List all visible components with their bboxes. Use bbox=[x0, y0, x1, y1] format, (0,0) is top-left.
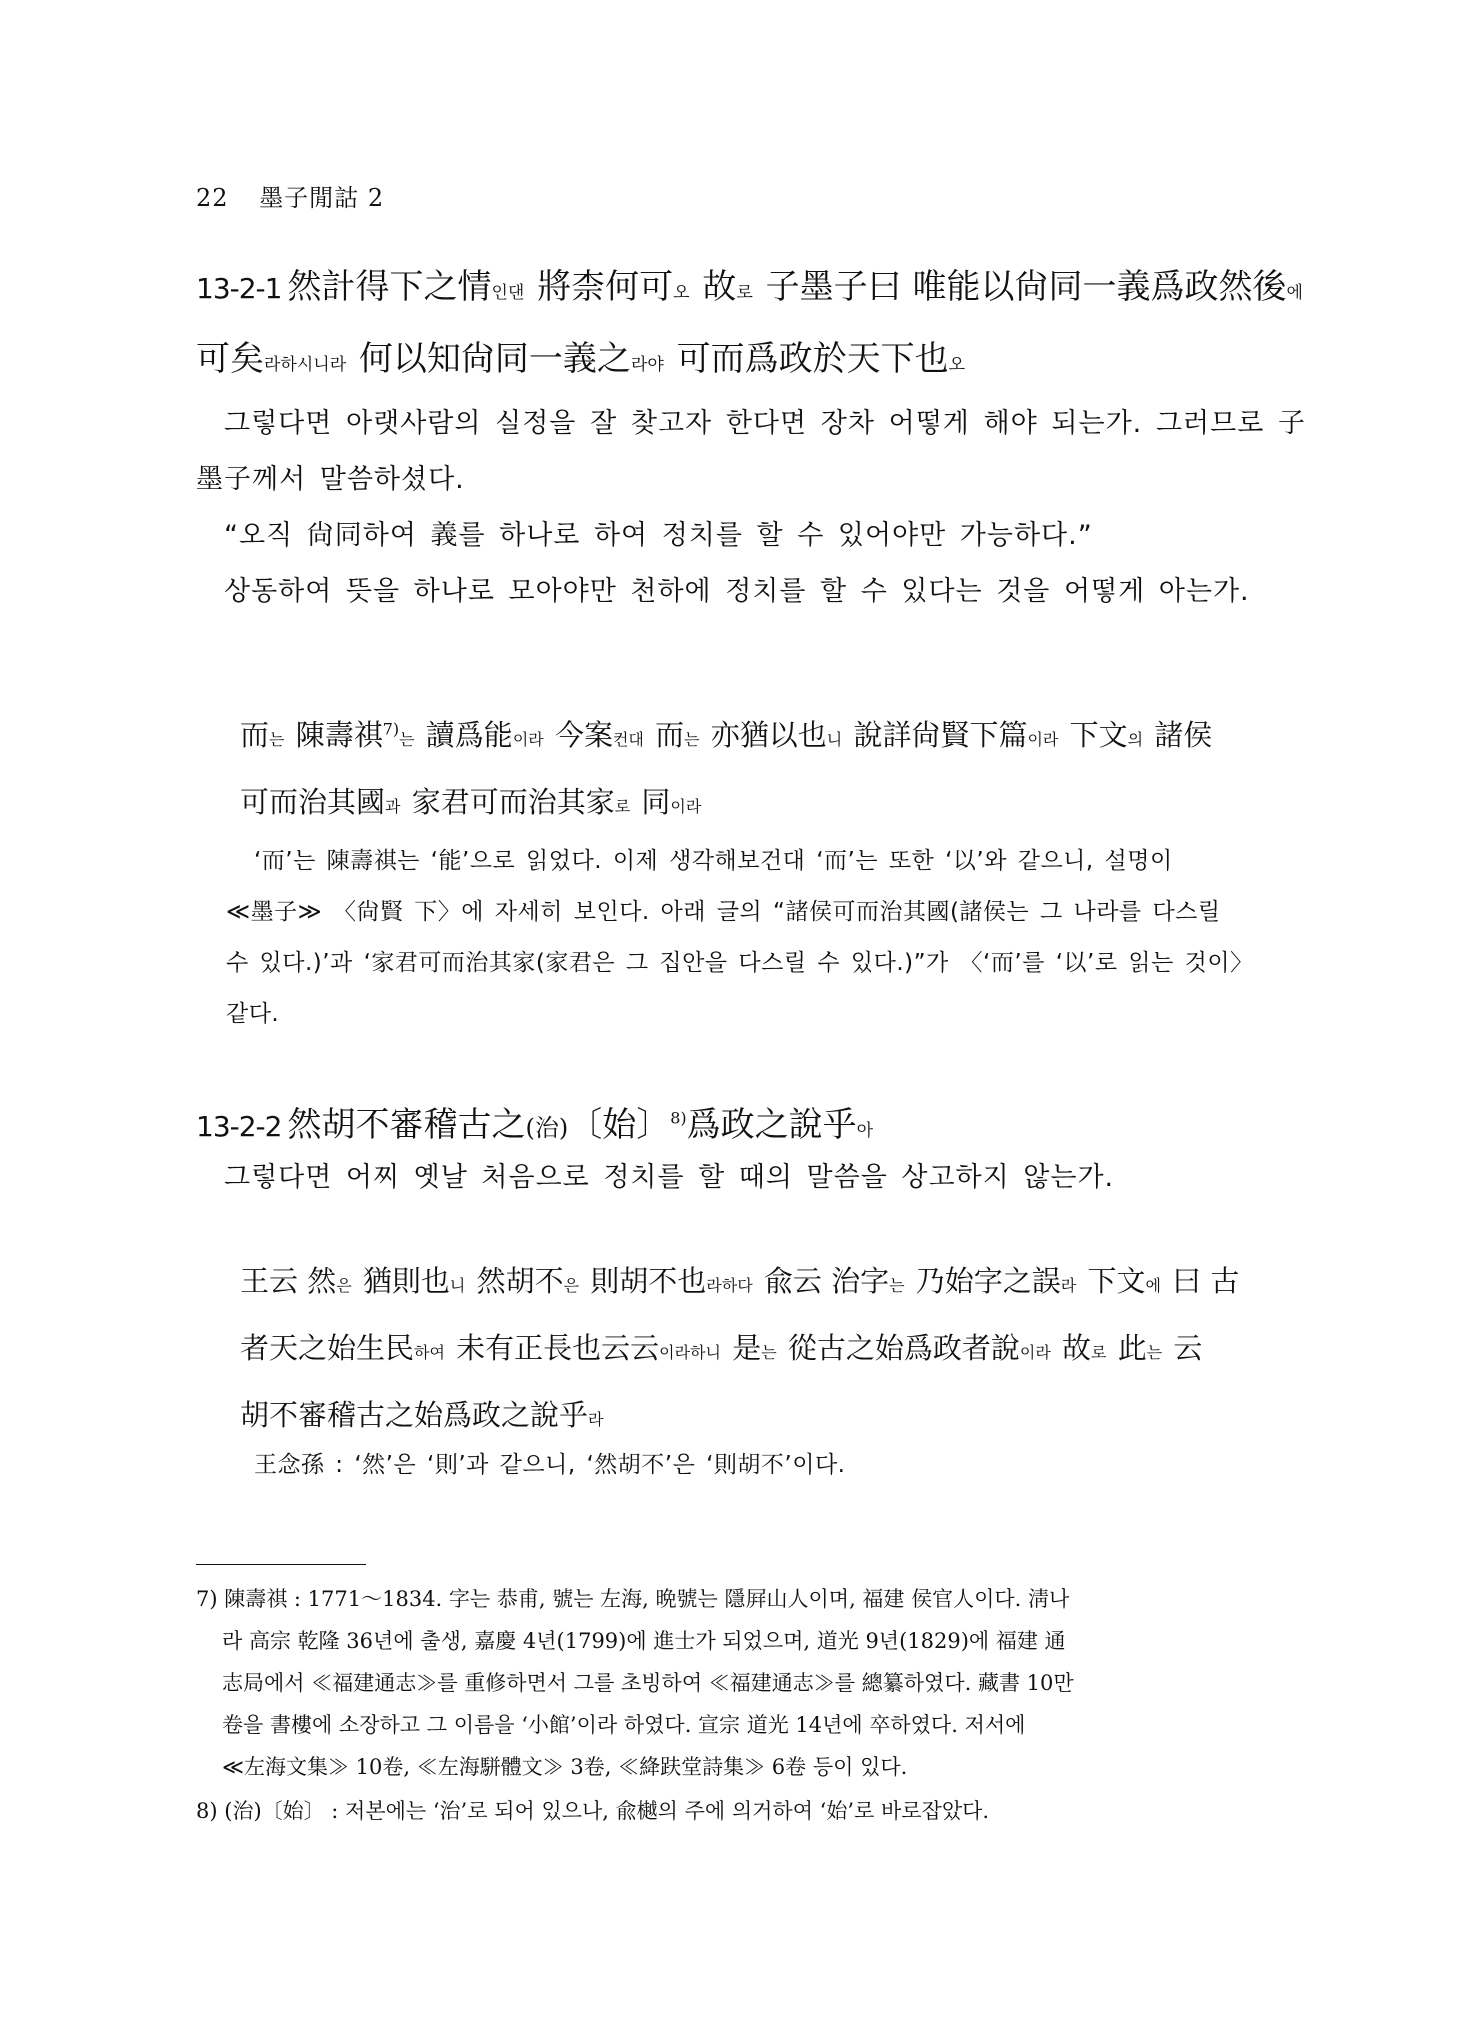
hanja-text: 可而爲政於天下也 bbox=[666, 339, 949, 379]
particle-text: 의 bbox=[1128, 730, 1143, 749]
commentary-translation-line: ≪墨子≫ 〈尙賢 下〉에 자세히 보인다. 아래 글의 “諸侯可而治其國(諸侯는… bbox=[226, 887, 1320, 938]
hanja-text: 胡不審稽古之始爲政之說乎 bbox=[240, 1398, 588, 1432]
commentary-original-13-2-2: 王云 然은 猶則也니 然胡不은 則胡不也라하다 兪云 治字는 乃始字之誤라 下文… bbox=[240, 1250, 1320, 1451]
commentary-line: 可而治其國과 家君可而治其家로 同이라 bbox=[240, 771, 1320, 838]
translation-paragraph: 그렇다면 아랫사람의 실정을 잘 찾고자 한다면 장차 어떻게 해야 되는가. … bbox=[196, 396, 1306, 508]
particle-text: 는 bbox=[761, 1343, 776, 1362]
running-head: 22 墨子閒詁 2 bbox=[196, 178, 384, 213]
particle-text: 라하시니라 bbox=[264, 355, 346, 375]
particle-text: 은 bbox=[336, 1276, 351, 1295]
hanja-text: 可而治其國 bbox=[240, 785, 385, 819]
particle-text: 이라 bbox=[1020, 1343, 1051, 1362]
particle-text: 인댄 bbox=[491, 283, 524, 303]
translation-paragraph: 그렇다면 어찌 옛날 처음으로 정치를 할 때의 말씀을 상고하지 않는가. bbox=[196, 1150, 1306, 1206]
hanja-text: 〔始〕 bbox=[568, 1105, 670, 1145]
particle-text: 오 bbox=[673, 283, 689, 303]
particle-text: 이라 bbox=[670, 797, 701, 816]
particle-text: 라하다 bbox=[706, 1276, 752, 1295]
hanja-text: 乃始字之誤 bbox=[907, 1264, 1061, 1298]
hanja-text: 曰 古 bbox=[1163, 1264, 1239, 1298]
particle-text: 이라 bbox=[1027, 730, 1058, 749]
section-number: 13-2-2 bbox=[196, 1110, 281, 1143]
commentary-translation-line: ‘而’는 陳壽祺는 ‘能’으로 읽었다. 이제 생각해보건대 ‘而’는 또한 ‘… bbox=[226, 836, 1320, 887]
hanja-text: 子墨子曰 唯能以尙同一義爲政然後 bbox=[755, 267, 1287, 307]
particle-text: 라 bbox=[588, 1410, 603, 1429]
footnote-line: 卷을 書樓에 소장하고 그 이름을 ‘小館’이라 하였다. 宣宗 道光 14년에… bbox=[222, 1713, 1025, 1737]
commentary-line: 者天之始生民하여 未有正長也云云이라하니 是는 從古之始爲政者說이라 故로 此는… bbox=[240, 1317, 1320, 1384]
particle-text: 오 bbox=[949, 355, 965, 375]
hanja-text: 今案 bbox=[546, 718, 613, 752]
hanja-text: 者天之始生民 bbox=[240, 1331, 414, 1365]
particle-text: 로 bbox=[736, 283, 752, 303]
hanja-text: 將柰何可 bbox=[526, 267, 673, 307]
footnote-marker: 8) bbox=[196, 1799, 218, 1823]
particle-text: 이라하니 bbox=[659, 1343, 721, 1362]
footnote-line: 라 高宗 乾隆 36년에 출생, 嘉慶 4년(1799)에 進士가 되었으며, … bbox=[222, 1629, 1066, 1653]
footnote-ref: 7) bbox=[383, 719, 399, 738]
original-line: 13-2-1然計得下之情인댄 將柰何可오 故로 子墨子曰 唯能以尙同一義爲政然後… bbox=[196, 254, 1316, 326]
translation-13-2-2: 그렇다면 어찌 옛날 처음으로 정치를 할 때의 말씀을 상고하지 않는가. bbox=[196, 1150, 1306, 1206]
commentary-translation-line: 같다. bbox=[226, 989, 1320, 1040]
translation-13-2-1: 그렇다면 아랫사람의 실정을 잘 찾고자 한다면 장차 어떻게 해야 되는가. … bbox=[196, 396, 1306, 620]
footnote-divider bbox=[196, 1564, 366, 1565]
footnote-line: (治)〔始〕 : 저본에는 ‘治’로 되어 있으나, 兪樾의 주에 의거하여 ‘… bbox=[224, 1799, 989, 1823]
section-number: 13-2-1 bbox=[196, 272, 281, 305]
hanja-text: 說詳尙賢下篇 bbox=[844, 718, 1027, 752]
hanja-text: 何以知尙同一義之 bbox=[348, 339, 631, 379]
hanja-text: 爲政之說乎 bbox=[687, 1105, 857, 1145]
original-line: 可矣라하시니라 何以知尙同一義之라야 可而爲政於天下也오 bbox=[196, 326, 1316, 398]
particle-text: 는 bbox=[1147, 1343, 1162, 1362]
hanja-text: 同 bbox=[632, 785, 670, 819]
footnote-line: 陳壽祺 : 1771～1834. 字는 恭甫, 號는 左海, 晩號는 隱屛山人이… bbox=[224, 1587, 1069, 1611]
commentary-translation-13-2-1: ‘而’는 陳壽祺는 ‘能’으로 읽었다. 이제 생각해보건대 ‘而’는 또한 ‘… bbox=[226, 836, 1320, 1040]
particle-text: 로 bbox=[615, 797, 630, 816]
hanja-text: 此 bbox=[1109, 1331, 1147, 1365]
hanja-text: 然計得下之情 bbox=[287, 267, 491, 307]
particle-text: 는 bbox=[889, 1276, 904, 1295]
hanja-text: 則胡不也 bbox=[581, 1264, 706, 1298]
footnote-line: 志局에서 ≪福建通志≫를 重修하면서 그를 초빙하여 ≪福建通志≫를 總纂하였다… bbox=[222, 1671, 1074, 1695]
hanja-text: 而 bbox=[240, 718, 269, 752]
particle-text: 로 bbox=[1091, 1343, 1106, 1362]
hanja-text: 故 bbox=[692, 267, 737, 307]
footnote-line: ≪左海文集≫ 10卷, ≪左海駢體文≫ 3卷, ≪絳趺堂詩集≫ 6卷 등이 있다… bbox=[222, 1755, 907, 1779]
hanja-text: 下文 bbox=[1060, 718, 1127, 752]
hanja-text: 諸侯 bbox=[1145, 718, 1212, 752]
commentary-translation-line: 王念孫 : ‘然’은 ‘則’과 같으니, ‘然胡不’은 ‘則胡不’이다. bbox=[254, 1440, 1314, 1491]
hanja-text: 亦猶以也 bbox=[702, 718, 827, 752]
hanja-text: 家君可而治其家 bbox=[402, 785, 614, 819]
particle-text: 이라 bbox=[513, 730, 544, 749]
particle-text: 는 bbox=[684, 730, 699, 749]
particle-text: 는 bbox=[399, 730, 414, 749]
particle-text: 컨대 bbox=[613, 730, 644, 749]
particle-text: 라 bbox=[1061, 1276, 1076, 1295]
original-text-13-2-1: 13-2-1然計得下之情인댄 將柰何可오 故로 子墨子曰 唯能以尙同一義爲政然後… bbox=[196, 254, 1316, 398]
particle-text: 니 bbox=[827, 730, 842, 749]
footnotes: 7) 陳壽祺 : 1771～1834. 字는 恭甫, 號는 左海, 晩號는 隱屛… bbox=[196, 1578, 1316, 1834]
hanja-text: 王云 然 bbox=[240, 1264, 336, 1298]
hanja-text: 讀爲能 bbox=[417, 718, 513, 752]
particle-text: 에 bbox=[1286, 283, 1302, 303]
translation-paragraph: 상동하여 뜻을 하나로 모아야만 천하에 정치를 할 수 있다는 것을 어떻게 … bbox=[196, 564, 1306, 620]
hanja-text: 然胡不審稽古之 bbox=[287, 1105, 525, 1145]
footnote-ref: 8) bbox=[670, 1109, 686, 1128]
hanja-text: 然胡不 bbox=[467, 1264, 563, 1298]
hanja-text: 而 bbox=[646, 718, 684, 752]
footnote-8: 8) (治)〔始〕 : 저본에는 ‘治’로 되어 있으나, 兪樾의 주에 의거하… bbox=[196, 1790, 1316, 1832]
page-number: 22 bbox=[196, 184, 229, 212]
hanja-text: 故 bbox=[1053, 1331, 1091, 1365]
particle-text: 는 bbox=[269, 730, 284, 749]
book-title: 墨子閒詁 2 bbox=[259, 184, 384, 212]
commentary-line: 而는 陳壽祺7)는 讀爲能이라 今案컨대 而는 亦猶以也니 說詳尙賢下篇이라 下… bbox=[240, 704, 1320, 771]
hanja-text: 從古之始爲政者說 bbox=[779, 1331, 1020, 1365]
book-page: 22 墨子閒詁 2 13-2-1然計得下之情인댄 將柰何可오 故로 子墨子曰 唯… bbox=[0, 0, 1480, 2024]
hanja-text: 下文 bbox=[1078, 1264, 1145, 1298]
commentary-original-13-2-1: 而는 陳壽祺7)는 讀爲能이라 今案컨대 而는 亦猶以也니 說詳尙賢下篇이라 下… bbox=[240, 704, 1320, 838]
particle-text: 과 bbox=[385, 797, 400, 816]
commentary-line: 王云 然은 猶則也니 然胡不은 則胡不也라하다 兪云 治字는 乃始字之誤라 下文… bbox=[240, 1250, 1320, 1317]
particle-text: 아 bbox=[857, 1121, 873, 1141]
hanja-text: 云 bbox=[1164, 1331, 1202, 1365]
commentary-translation-line: 수 있다.)’과 ‘家君可而治其家(家君은 그 집안을 다스릴 수 있다.)”가… bbox=[226, 938, 1320, 989]
translation-paragraph: “오직 尙同하여 義를 하나로 하여 정치를 할 수 있어야만 가능하다.” bbox=[196, 508, 1306, 564]
hanja-text: (治) bbox=[525, 1114, 568, 1142]
hanja-text: 猶則也 bbox=[354, 1264, 450, 1298]
commentary-translation-13-2-2: 王念孫 : ‘然’은 ‘則’과 같으니, ‘然胡不’은 ‘則胡不’이다. bbox=[254, 1440, 1314, 1491]
footnote-marker: 7) bbox=[196, 1587, 218, 1611]
particle-text: 은 bbox=[564, 1276, 579, 1295]
hanja-text: 未有正長也云云 bbox=[447, 1331, 659, 1365]
footnote-7: 7) 陳壽祺 : 1771～1834. 字는 恭甫, 號는 左海, 晩號는 隱屛… bbox=[196, 1578, 1316, 1788]
particle-text: 니 bbox=[450, 1276, 465, 1295]
hanja-text: 兪云 治字 bbox=[755, 1264, 889, 1298]
hanja-text: 是 bbox=[723, 1331, 761, 1365]
hanja-text: 陳壽祺 bbox=[286, 718, 382, 752]
particle-text: 에 bbox=[1145, 1276, 1160, 1295]
hanja-text: 可矣 bbox=[196, 339, 264, 379]
particle-text: 라야 bbox=[631, 355, 664, 375]
particle-text: 하여 bbox=[414, 1343, 445, 1362]
